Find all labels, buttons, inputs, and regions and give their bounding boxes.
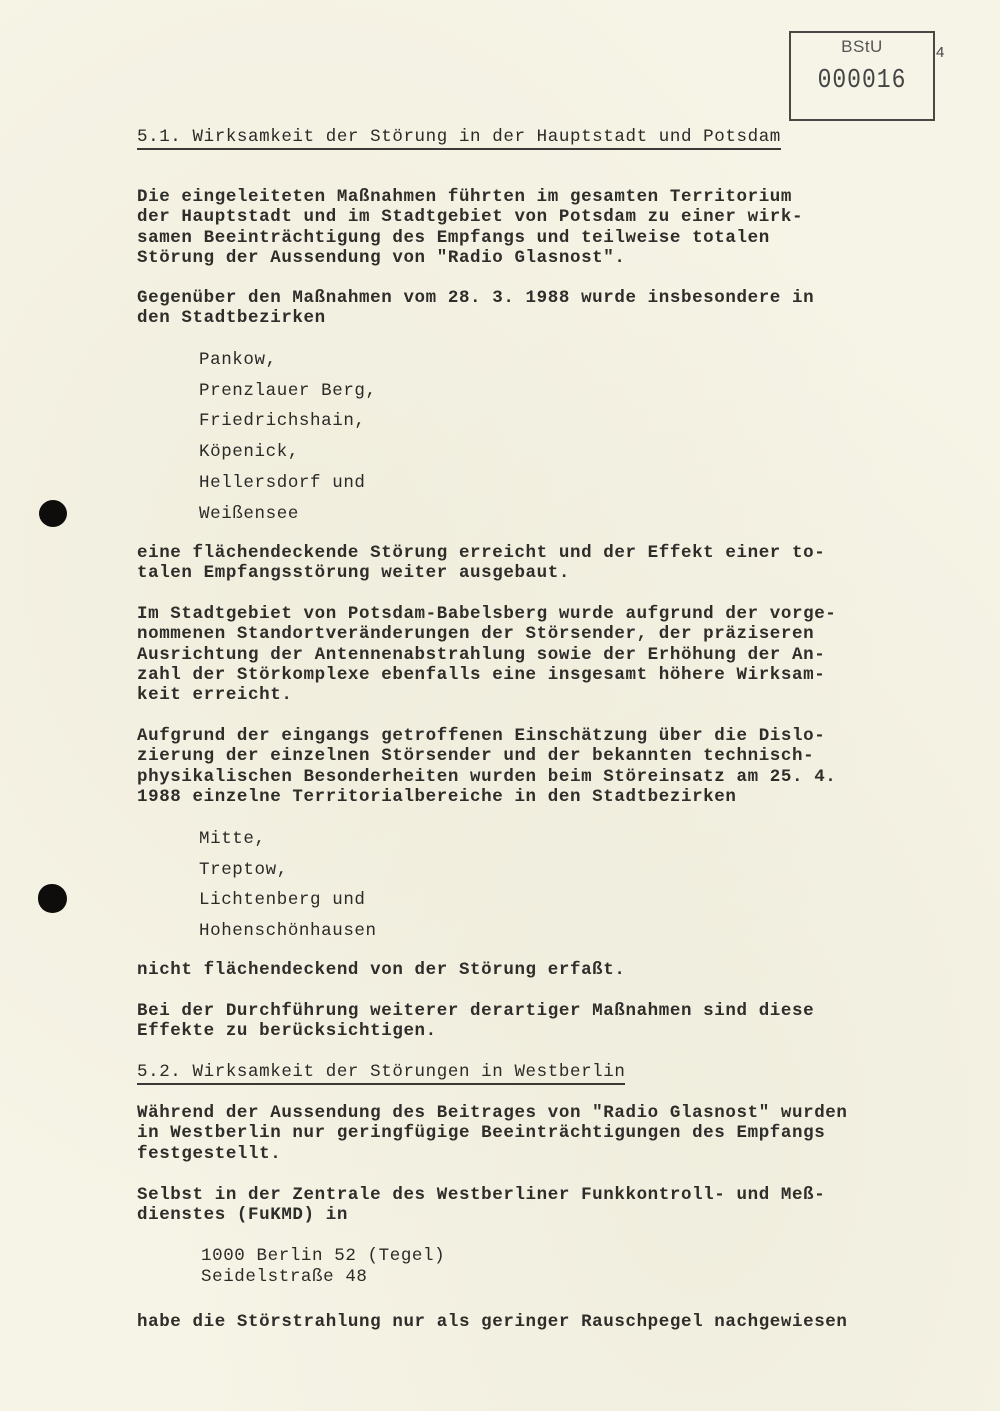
stamp-organization: BStU bbox=[791, 37, 933, 57]
district-item: Köpenick, bbox=[199, 442, 299, 462]
paragraph: nicht flächendeckend von der Störung erf… bbox=[137, 960, 625, 980]
paragraph: Im Stadtgebiet von Potsdam-Babelsberg wu… bbox=[137, 604, 836, 705]
paragraph: eine flächendeckende Störung erreicht un… bbox=[137, 543, 825, 584]
paragraph: Bei der Durchführung weiterer derartiger… bbox=[137, 1001, 814, 1042]
district-item: Lichtenberg und bbox=[199, 890, 366, 910]
district-item: Hellersdorf und bbox=[199, 473, 366, 493]
district-item: Friedrichshain, bbox=[199, 411, 366, 431]
address-block: 1000 Berlin 52 (Tegel) Seidelstraße 48 bbox=[201, 1246, 445, 1287]
paragraph: Die eingeleiteten Maßnahmen führten im g… bbox=[137, 187, 803, 268]
district-item: Hohenschönhausen bbox=[199, 921, 377, 941]
district-item: Treptow, bbox=[199, 860, 288, 880]
paragraph: Aufgrund der eingangs getroffenen Einsch… bbox=[137, 726, 836, 807]
paragraph: Gegenüber den Maßnahmen vom 28. 3. 1988 … bbox=[137, 288, 814, 329]
section-heading-5-1: 5.1. Wirksamkeit der Störung in der Haup… bbox=[137, 127, 781, 150]
punch-hole-icon bbox=[39, 500, 67, 527]
district-item: Mitte, bbox=[199, 829, 266, 849]
section-heading-5-2: 5.2. Wirksamkeit der Störungen in Westbe… bbox=[137, 1062, 625, 1085]
district-item: Prenzlauer Berg, bbox=[199, 381, 377, 401]
paragraph: Selbst in der Zentrale des Westberliner … bbox=[137, 1185, 825, 1226]
paragraph: habe die Störstrahlung nur als geringer … bbox=[137, 1312, 848, 1332]
page-marker: 4 bbox=[936, 44, 944, 61]
district-item: Pankow, bbox=[199, 350, 277, 370]
stamp-document-number: 000016 bbox=[791, 65, 933, 95]
district-item: Weißensee bbox=[199, 504, 299, 524]
punch-hole-icon bbox=[38, 884, 67, 913]
archive-stamp: BStU 000016 bbox=[789, 31, 935, 121]
document-page: BStU 000016 4 5.1. Wirksamkeit der Störu… bbox=[0, 0, 1000, 1411]
paragraph: Während der Aussendung des Beitrages von… bbox=[137, 1103, 848, 1164]
